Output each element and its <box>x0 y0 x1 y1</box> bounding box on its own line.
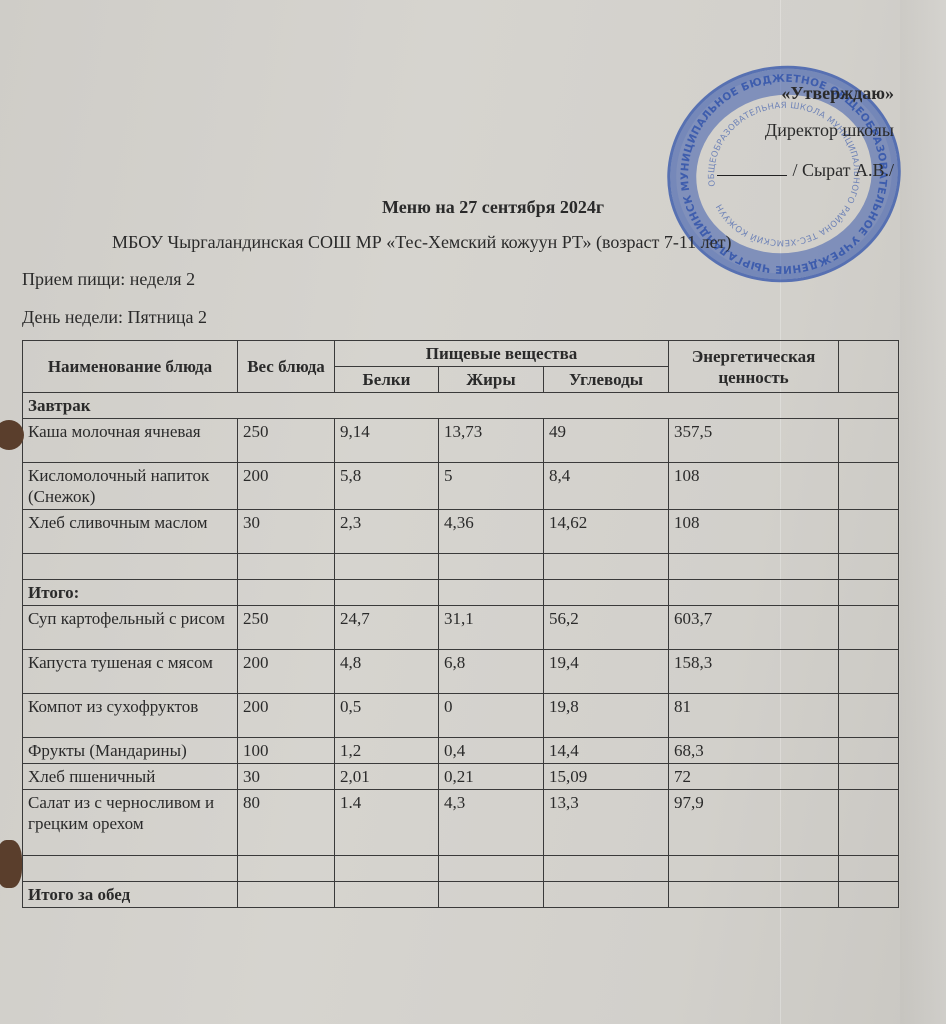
cell-name: Салат из с черносливом и грецким орехом <box>23 790 238 856</box>
header-extra <box>839 341 899 393</box>
blank-row <box>23 856 899 882</box>
approve-label: «Утверждаю» <box>781 83 894 104</box>
empty-cell <box>238 554 335 580</box>
table-row: Хлеб пшеничный302,010,2115,0972 <box>23 764 899 790</box>
cell-fat: 0,4 <box>439 738 544 764</box>
cell-extra <box>839 650 899 694</box>
empty-cell <box>839 856 899 882</box>
cell-name: Хлеб пшеничный <box>23 764 238 790</box>
cell-weight: 80 <box>238 790 335 856</box>
cell-energy: 72 <box>669 764 839 790</box>
section-breakfast: Завтрак <box>23 393 899 419</box>
signature-name: / Сырат А.В./ <box>793 160 895 180</box>
cell-weight: 250 <box>238 419 335 463</box>
table-row: Капуста тушеная с мясом2004,86,819,4158,… <box>23 650 899 694</box>
header-protein: Белки <box>335 367 439 393</box>
table-row: Хлеб сливочным маслом302,34,3614,62108 <box>23 510 899 554</box>
cell-energy: 108 <box>669 510 839 554</box>
cell-carbs: 56,2 <box>544 606 669 650</box>
empty-cell <box>839 554 899 580</box>
menu-table: Наименование блюда Вес блюда Пищевые вещ… <box>22 340 899 908</box>
empty-cell <box>839 882 899 908</box>
empty-cell <box>439 580 544 606</box>
cell-weight: 250 <box>238 606 335 650</box>
cell-extra <box>839 510 899 554</box>
empty-cell <box>669 856 839 882</box>
cell-carbs: 14,62 <box>544 510 669 554</box>
empty-cell <box>238 882 335 908</box>
table-row: Каша молочная ячневая2509,1413,7349357,5 <box>23 419 899 463</box>
cell-weight: 100 <box>238 738 335 764</box>
cell-protein: 2,01 <box>335 764 439 790</box>
cell-energy: 603,7 <box>669 606 839 650</box>
cell-weight: 30 <box>238 764 335 790</box>
cell-carbs: 19,4 <box>544 650 669 694</box>
cell-fat: 5 <box>439 463 544 510</box>
punch-hole <box>0 840 22 888</box>
empty-cell <box>439 882 544 908</box>
cell-fat: 4,36 <box>439 510 544 554</box>
cell-protein: 0,5 <box>335 694 439 738</box>
cell-name: Компот из сухофруктов <box>23 694 238 738</box>
cell-fat: 4,3 <box>439 790 544 856</box>
director-signature: / Сырат А.В./ <box>717 160 895 181</box>
cell-extra <box>839 463 899 510</box>
total-label: Итого за обед <box>23 882 238 908</box>
empty-cell <box>335 554 439 580</box>
blank-row <box>23 554 899 580</box>
empty-cell <box>335 580 439 606</box>
empty-cell <box>669 580 839 606</box>
paper-edge <box>900 0 946 1024</box>
empty-cell <box>335 856 439 882</box>
cell-extra <box>839 694 899 738</box>
cell-weight: 30 <box>238 510 335 554</box>
page-title: Меню на 27 сентября 2024г <box>0 197 946 218</box>
empty-cell <box>544 856 669 882</box>
empty-cell <box>544 580 669 606</box>
cell-extra <box>839 790 899 856</box>
punch-hole <box>0 420 24 450</box>
cell-carbs: 13,3 <box>544 790 669 856</box>
cell-weight: 200 <box>238 694 335 738</box>
table-row: Фрукты (Мандарины)1001,20,414,468,3 <box>23 738 899 764</box>
table-row: Салат из с черносливом и грецким орехом8… <box>23 790 899 856</box>
cell-energy: 97,9 <box>669 790 839 856</box>
cell-carbs: 19,8 <box>544 694 669 738</box>
cell-extra <box>839 419 899 463</box>
cell-weight: 200 <box>238 650 335 694</box>
cell-fat: 13,73 <box>439 419 544 463</box>
cell-extra <box>839 738 899 764</box>
total-row: Итого: <box>23 580 899 606</box>
empty-cell <box>839 580 899 606</box>
cell-extra <box>839 764 899 790</box>
table-row: Суп картофельный с рисом25024,731,156,26… <box>23 606 899 650</box>
empty-cell <box>439 856 544 882</box>
empty-cell <box>669 882 839 908</box>
cell-extra <box>839 606 899 650</box>
header-name: Наименование блюда <box>23 341 238 393</box>
cell-fat: 31,1 <box>439 606 544 650</box>
empty-cell <box>23 554 238 580</box>
cell-name: Капуста тушеная с мясом <box>23 650 238 694</box>
weekday: День недели: Пятница 2 <box>22 307 207 328</box>
cell-energy: 68,3 <box>669 738 839 764</box>
cell-carbs: 14,4 <box>544 738 669 764</box>
header-nutrients: Пищевые вещества <box>335 341 669 367</box>
cell-name: Суп картофельный с рисом <box>23 606 238 650</box>
cell-name: Хлеб сливочным маслом <box>23 510 238 554</box>
cell-protein: 4,8 <box>335 650 439 694</box>
cell-carbs: 15,09 <box>544 764 669 790</box>
school-subtitle: МБОУ Чыргаландинская СОШ МР «Тес-Хемский… <box>112 232 732 253</box>
director-position: Директор школы <box>765 120 894 141</box>
cell-protein: 1,2 <box>335 738 439 764</box>
empty-cell <box>544 882 669 908</box>
empty-cell <box>544 554 669 580</box>
cell-protein: 24,7 <box>335 606 439 650</box>
signature-line <box>717 161 787 176</box>
cell-name: Фрукты (Мандарины) <box>23 738 238 764</box>
total-label: Итого: <box>23 580 238 606</box>
empty-cell <box>23 856 238 882</box>
cell-fat: 6,8 <box>439 650 544 694</box>
cell-protein: 5,8 <box>335 463 439 510</box>
total-row: Итого за обед <box>23 882 899 908</box>
table-row: Компот из сухофруктов2000,5019,881 <box>23 694 899 738</box>
cell-weight: 200 <box>238 463 335 510</box>
cell-energy: 108 <box>669 463 839 510</box>
cell-carbs: 49 <box>544 419 669 463</box>
cell-protein: 2,3 <box>335 510 439 554</box>
cell-carbs: 8,4 <box>544 463 669 510</box>
header-weight: Вес блюда <box>238 341 335 393</box>
meal-intake: Прием пищи: неделя 2 <box>22 269 195 290</box>
empty-cell <box>238 580 335 606</box>
cell-fat: 0,21 <box>439 764 544 790</box>
cell-fat: 0 <box>439 694 544 738</box>
cell-protein: 9,14 <box>335 419 439 463</box>
empty-cell <box>335 882 439 908</box>
table-row: Кисломолочный напиток (Снежок)2005,858,4… <box>23 463 899 510</box>
header-energy: Энергетическая ценность <box>669 341 839 393</box>
empty-cell <box>238 856 335 882</box>
cell-name: Каша молочная ячневая <box>23 419 238 463</box>
cell-protein: 1.4 <box>335 790 439 856</box>
header-fat: Жиры <box>439 367 544 393</box>
cell-energy: 357,5 <box>669 419 839 463</box>
cell-name: Кисломолочный напиток (Снежок) <box>23 463 238 510</box>
empty-cell <box>439 554 544 580</box>
cell-energy: 158,3 <box>669 650 839 694</box>
header-carbs: Углеводы <box>544 367 669 393</box>
cell-energy: 81 <box>669 694 839 738</box>
empty-cell <box>669 554 839 580</box>
